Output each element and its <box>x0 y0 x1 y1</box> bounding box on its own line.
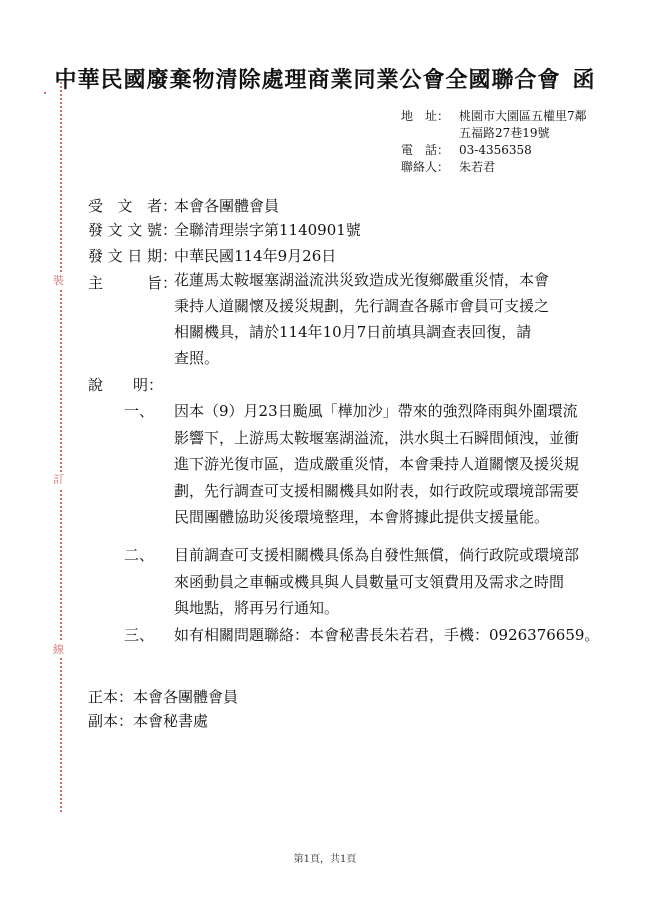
subject-line: 秉持人道關懷及援災規劃，先行調查各縣市會員可支援之 <box>174 293 549 319</box>
doc-number-row: 發文文號：全聯清理崇字第1140901號 <box>88 219 361 240</box>
phone-value: 03-4356358 <box>459 143 532 157</box>
organization-name: 中華民國廢棄物清除處理商業同業公會全國聯合會 <box>54 68 560 93</box>
subject-row: 主 旨： <box>88 272 174 293</box>
binding-line <box>60 82 62 812</box>
document-title: 中華民國廢棄物清除處理商業同業公會全國聯合會函 <box>0 63 650 94</box>
copy-recipient-row: 副本：本會秘書處 <box>88 709 238 733</box>
subject-text: 花蓮馬太鞍堰塞湖溢流洪災致造成光復鄉嚴重災情，本會 秉持人道關懷及援災規劃，先行… <box>174 267 549 371</box>
doc-type: 函 <box>573 68 596 93</box>
item-line: 因本（9）月23日颱風「樺加沙」帶來的強烈降雨與外圍環流 <box>174 398 579 425</box>
contact-person-label: 聯絡人： <box>401 159 459 176</box>
address-line1: 桃園市大園區五權里7鄰 <box>459 109 587 123</box>
original-recipient-row: 正本：本會各團體會員 <box>88 685 238 709</box>
doc-number-label: 發文文號 <box>88 219 162 240</box>
contact-block: 地 址：桃園市大園區五權里7鄰 五福路27巷19號 電 話：03-4356358… <box>401 108 587 176</box>
subject-line: 查照。 <box>174 345 549 371</box>
item-line: 進下游光復市區，造成嚴重災情，本會秉持人道關懷及援災規 <box>174 451 579 478</box>
subject-label: 主 旨 <box>88 272 162 293</box>
item-number: 三、 <box>124 622 154 649</box>
item-number: 二、 <box>124 542 154 569</box>
binding-char-zhuang: 裝 <box>53 273 64 289</box>
address-row: 地 址：桃園市大園區五權里7鄰 <box>401 108 587 125</box>
binding-char-ding: 訂 <box>53 472 64 488</box>
item-line: 影響下，上游馬太鞍堰塞湖溢流，洪水與土石瞬間傾洩，並衝 <box>174 425 579 452</box>
item-line: 來函動員之車輛或機具與人員數量可支領費用及需求之時間 <box>174 569 579 596</box>
recipient-label: 受文者 <box>88 195 162 216</box>
recipient-value: 本會各團體會員 <box>174 197 279 215</box>
item-number: 一、 <box>124 398 154 425</box>
copy-value: 本會秘書處 <box>133 712 208 730</box>
original-value: 本會各團體會員 <box>133 688 238 706</box>
address-row-2: 五福路27巷19號 <box>401 125 587 142</box>
copy-label: 副本： <box>88 712 133 730</box>
doc-number-value: 全聯清理崇字第1140901號 <box>174 221 361 239</box>
page-number: 第1頁，共1頁 <box>0 850 650 865</box>
item-line: 與地點，將再另行通知。 <box>174 595 579 622</box>
item-line: 目前調查可支援相關機具係為自發性無償，倘行政院或環境部 <box>174 542 579 569</box>
address-line2: 五福路27巷19號 <box>459 126 550 140</box>
date-row: 發文日期：中華民國114年9月26日 <box>88 245 336 266</box>
phone-row: 電 話：03-4356358 <box>401 142 587 159</box>
original-label: 正本： <box>88 688 133 706</box>
binding-char-xian: 線 <box>53 642 64 658</box>
date-value: 中華民國114年9月26日 <box>174 247 336 265</box>
phone-label: 電 話： <box>401 142 459 159</box>
item-line: 劃，先行調查可支援相關機具如附表，如行政院或環境部需要 <box>174 478 579 505</box>
explanation-list: 一、 因本（9）月23日颱風「樺加沙」帶來的強烈降雨與外圍環流 影響下，上游馬太… <box>124 398 624 658</box>
distribution-block: 正本：本會各團體會員 副本：本會秘書處 <box>88 685 238 733</box>
subject-line: 花蓮馬太鞍堰塞湖溢流洪災致造成光復鄉嚴重災情，本會 <box>174 267 549 293</box>
item-line: 如有相關問題聯絡：本會秘書長朱若君，手機：0926376659。 <box>174 622 599 649</box>
address-label: 地 址： <box>401 108 459 125</box>
explanation-label: 說 明： <box>88 372 163 398</box>
date-label: 發文日期 <box>88 245 162 266</box>
item-line: 民間團體協助災後環境整理，本會將據此提供支援量能。 <box>174 504 579 531</box>
contact-person-row: 聯絡人：朱若君 <box>401 159 587 176</box>
subject-line: 相關機具，請於114年10月7日前填具調查表回復，請 <box>174 319 549 345</box>
recipient-row: 受文者：本會各團體會員 <box>88 195 279 216</box>
contact-person-value: 朱若君 <box>459 160 495 174</box>
